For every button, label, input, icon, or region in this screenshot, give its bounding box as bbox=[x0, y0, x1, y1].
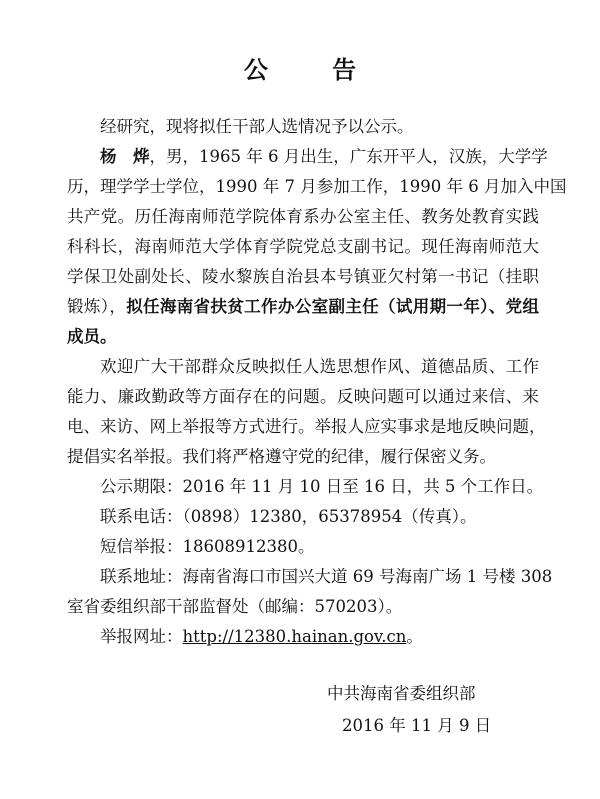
phone-text: 联系电话：（0898）12380，65378954（传真）。 bbox=[100, 506, 539, 528]
feedback-line-4: 提倡实名举报。我们将严格遵守党的纪律，履行保密义务。 bbox=[67, 446, 539, 468]
report-website-link[interactable]: http://12380.hainan.gov.cn bbox=[183, 627, 407, 646]
website-line: 举报网址：http://12380.hainan.gov.cn。 bbox=[100, 626, 539, 648]
candidate-line-3: 共产党。历任海南师范学院体育系办公室主任、教务处教育实践 bbox=[67, 206, 539, 228]
candidate-line-2: 历，理学学士学位，1990 年 7 月参加工作，1990 年 6 月加入中国 bbox=[67, 176, 539, 198]
intro-text: 经研究，现将拟任干部人选情况予以公示。 bbox=[100, 116, 539, 138]
candidate-line-5: 学保卫处副处长、陵水黎族自治县本号镇亚欠村第一书记（挂职 bbox=[67, 266, 539, 288]
candidate-line-4: 科科长，海南师范大学体育学院党总支副书记。现任海南师范大 bbox=[67, 236, 539, 258]
address-line-1: 联系地址：海南省海口市国兴大道 69 号海南广场 1 号楼 308 bbox=[100, 566, 539, 588]
page-title: 公 告 bbox=[0, 50, 600, 85]
feedback-line-1: 欢迎广大干部群众反映拟任人选思想作风、道德品质、工作 bbox=[100, 356, 539, 378]
signature-date: 2016 年 11 月 9 日 bbox=[342, 712, 491, 736]
feedback-line-3: 电、来访、网上举报等方式进行。举报人应实事求是地反映问题， bbox=[67, 416, 539, 438]
candidate-line-1: 杨 烨，男，1965 年 6 月出生，广东开平人，汉族，大学学 bbox=[100, 146, 539, 168]
candidate-line-7: 成员。 bbox=[67, 326, 539, 348]
address-line-2: 室省委组织部干部监督处（邮编：570203）。 bbox=[67, 596, 539, 618]
sms-text: 短信举报：18608912380。 bbox=[100, 536, 539, 558]
candidate-line-6: 锻炼），拟任海南省扶贫工作办公室副主任（试用期一年）、党组 bbox=[67, 296, 539, 318]
candidate-name: 杨 烨 bbox=[100, 147, 150, 166]
proposed-position: 拟任海南省扶贫工作办公室副主任（试用期一年）、党组 bbox=[126, 297, 539, 316]
signature-org: 中共海南省委组织部 bbox=[327, 680, 476, 704]
feedback-line-2: 能力、廉政勤政等方面存在的问题。反映问题可以通过来信、来 bbox=[67, 386, 539, 408]
period-text: 公示期限：2016 年 11 月 10 日至 16 日，共 5 个工作日。 bbox=[100, 476, 539, 498]
